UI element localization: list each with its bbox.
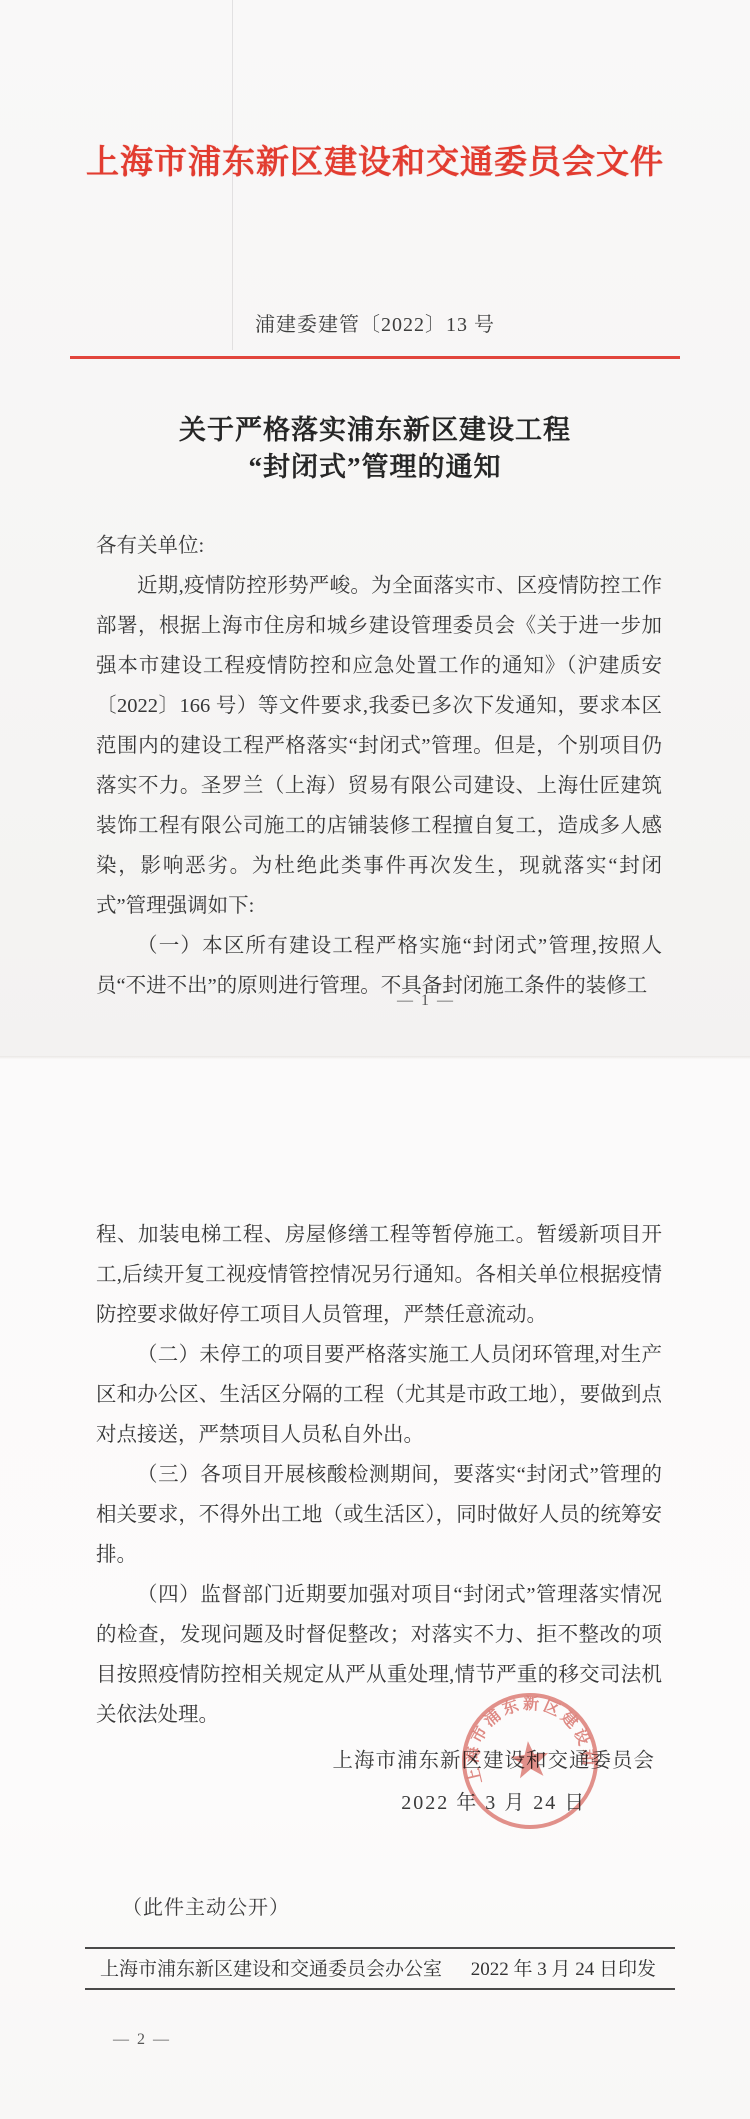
disclosure-note: （此件主动公开） [122, 1891, 290, 1920]
footer-row: 上海市浦东新区建设和交通委员会办公室 2022 年 3 月 24 日印发 [100, 1954, 656, 1981]
seal-star-icon [509, 1739, 551, 1779]
body-text-page1: 各有关单位: 近期,疫情防控形势严峻。为全面落实市、区疫情防控工作部署，根据上海… [96, 526, 662, 1006]
salutation: 各有关单位: [96, 526, 662, 566]
official-seal-icon: 上海市浦东新区建设和交通委员会 [437, 1668, 624, 1855]
footer-print-date: 2022 年 3 月 24 日印发 [471, 1954, 656, 1981]
doc-number: 浦建委建管〔2022〕13 号 [0, 308, 750, 337]
footer-issuer: 上海市浦东新区建设和交通委员会办公室 [100, 1954, 442, 1981]
svg-text:上海市浦东新区建设和交通委员会: 上海市浦东新区建设和交通委员会 [437, 1668, 599, 1789]
page-number-1: — 1 — [381, 992, 471, 1010]
document-page-2: 程、加装电梯工程、房屋修缮工程等暂停施工。暂缓新项目开工,后续开复工视疫情管控情… [0, 1059, 750, 2119]
footer-rule-bottom [85, 1988, 675, 1990]
body-paragraph: （一）本区所有建设工程严格实施“封闭式”管理,按照人员“不进不出”的原则进行管理… [96, 926, 662, 1006]
seal-rim-text: 上海市浦东新区建设和交通委员会 [437, 1668, 599, 1789]
scanned-document: 上海市浦东新区建设和交通委员会文件 浦建委建管〔2022〕13 号 关于严格落实… [0, 0, 750, 2119]
body-paragraph: 程、加装电梯工程、房屋修缮工程等暂停施工。暂缓新项目开工,后续开复工视疫情管控情… [96, 1215, 662, 1335]
red-header-title: 上海市浦东新区建设和交通委员会文件 [0, 136, 750, 183]
body-paragraph: （二）未停工的项目要严格落实施工人员闭环管理,对生产区和办公区、生活区分隔的工程… [96, 1335, 662, 1455]
body-text-page2: 程、加装电梯工程、房屋修缮工程等暂停施工。暂缓新项目开工,后续开复工视疫情管控情… [96, 1215, 662, 1735]
doc-title-line2: “封闭式”管理的通知 [0, 449, 750, 486]
footer-rule-top [85, 1947, 675, 1949]
page-number-2: — 2 — [100, 2031, 184, 2049]
document-page-1: 上海市浦东新区建设和交通委员会文件 浦建委建管〔2022〕13 号 关于严格落实… [0, 0, 750, 1059]
red-divider [70, 356, 680, 359]
doc-title: 关于严格落实浦东新区建设工程 “封闭式”管理的通知 [0, 412, 750, 486]
body-paragraph: （三）各项目开展核酸检测期间，要落实“封闭式”管理的相关要求，不得外出工地（或生… [96, 1455, 662, 1575]
doc-title-line1: 关于严格落实浦东新区建设工程 [0, 412, 750, 449]
body-paragraph: 近期,疫情防控形势严峻。为全面落实市、区疫情防控工作部署，根据上海市住房和城乡建… [96, 566, 662, 926]
